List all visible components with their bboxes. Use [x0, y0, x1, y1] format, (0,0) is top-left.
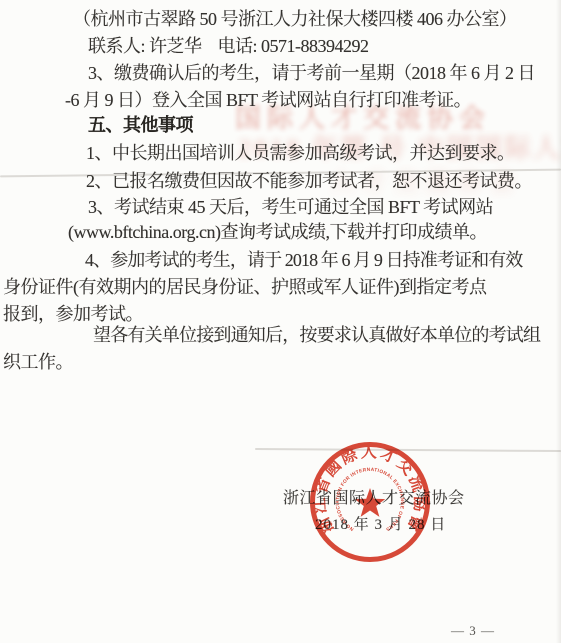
doc-line: 织工作。	[3, 351, 73, 373]
doc-line: 3、缴费确认后的考生，请于考前一星期（2018 年 6 月 2 日	[88, 62, 535, 84]
doc-line: 望各有关单位接到通知后，按要求认真做好本单位的考试组	[93, 324, 540, 346]
doc-line: 报到，参加考试。	[3, 303, 143, 325]
doc-line: 3、考试结束 45 天后，考生可通过全国 BFT 考试网站	[88, 196, 493, 218]
official-seal: 浙江省國際人才交流協會 ZHEJIANG ASSOCIATION FOR INT…	[304, 436, 436, 568]
doc-line: 4、参加考试的考生，请于 2018 年 6 月 9 日持准考证和有效	[85, 249, 522, 271]
doc-line: （杭州市古翠路 50 号浙江人力社保大楼四楼 406 办公室）	[73, 8, 517, 30]
doc-line: -6 月 9 日）登入全国 BFT 考试网站自行打印准考证。	[65, 89, 471, 111]
seal-star-icon	[355, 488, 385, 517]
doc-line: 身份证件(有效期内的居民身份证、护照或军人证件)到指定考点	[3, 276, 487, 298]
doc-line: 2、已报名缴费但因故不能参加考试者，恕不退还考试费。	[86, 170, 532, 192]
doc-line: 1、中长期出国培训人员需参加高级考试，并达到要求。	[86, 142, 515, 164]
section-heading: 五、其他事项	[88, 114, 193, 136]
contact-line: 联系人: 许芝华 电话: 0571-88394292	[88, 35, 369, 57]
page-number: — 3 —	[451, 623, 495, 639]
scanned-notice-page: 国际人才交流协会 2018 年第 号 中国国际人才 人才交流协会 （杭州市古翠路…	[0, 0, 561, 643]
doc-line-url: (www.bftchina.org.cn)查询考试成绩,下载并打印成绩单。	[68, 221, 487, 243]
